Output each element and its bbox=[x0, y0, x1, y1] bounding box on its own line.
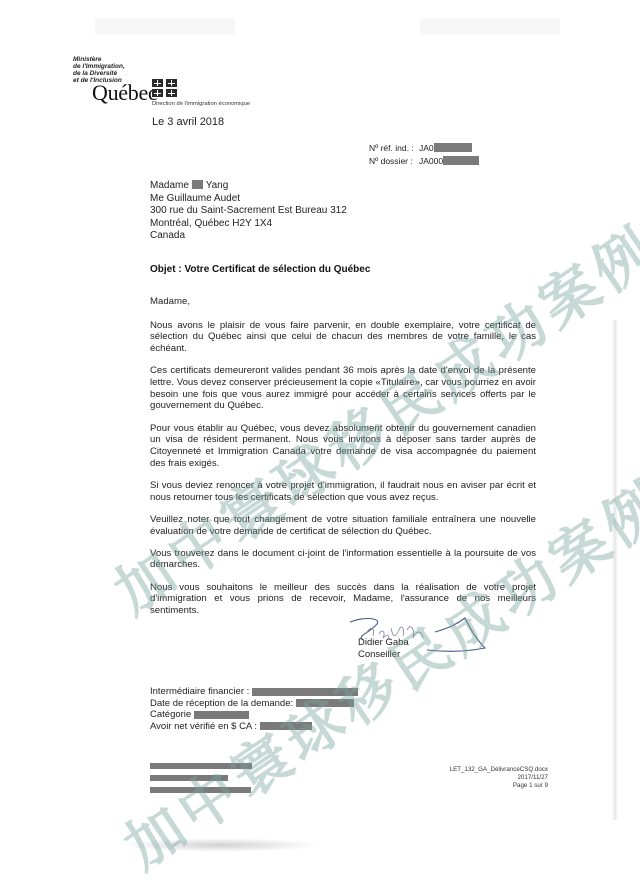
recipient-surname: Yang bbox=[206, 180, 229, 191]
ref-dossier-row: Nº dossier : JA000 bbox=[369, 154, 479, 167]
redaction-bar bbox=[296, 699, 354, 707]
ref-label: Nº dossier : bbox=[369, 156, 419, 166]
application-details: Intermédiaire financier : Date de récept… bbox=[150, 686, 358, 732]
doc-date: 2017/11/27 bbox=[450, 774, 548, 782]
scan-artifact bbox=[95, 18, 235, 34]
letter-subject: Objet : Votre Certificat de sélection du… bbox=[150, 264, 370, 275]
body-paragraph: Veuillez noter que tout changement de vo… bbox=[150, 514, 536, 537]
redaction-bar bbox=[150, 763, 252, 769]
detail-label: Avoir net vérifié en $ CA : bbox=[150, 721, 257, 733]
direction-name: Direction de l'immigration économique bbox=[152, 101, 250, 107]
letter-page: Ministère de l'Immigration, de la Divers… bbox=[0, 0, 640, 883]
ref-value-visible: JA0 bbox=[419, 143, 434, 153]
detail-row: Catégorie bbox=[150, 709, 358, 721]
signer-name: Didier Gaba bbox=[358, 637, 409, 649]
ref-label: Nº réf. ind. : bbox=[369, 143, 419, 153]
detail-row: Avoir net vérifié en $ CA : bbox=[150, 721, 358, 733]
detail-label: Intermédiaire financier : bbox=[150, 686, 249, 698]
recipient-prefix: Madame bbox=[150, 180, 189, 191]
page-number: Page 1 sur 9 bbox=[450, 782, 548, 790]
redaction-bar bbox=[434, 143, 472, 152]
body-paragraph: Vous trouverez dans le document ci-joint… bbox=[150, 548, 536, 571]
body-paragraph: Pour vous établir au Québec, vous devez … bbox=[150, 423, 536, 470]
redaction-bar bbox=[252, 688, 358, 696]
recipient-name: Madame Yang bbox=[150, 180, 347, 193]
page-bottom-shadow bbox=[120, 838, 320, 852]
ref-value: JA0 bbox=[419, 143, 472, 153]
redaction-bar bbox=[260, 722, 312, 730]
ref-value-visible: JA000 bbox=[419, 156, 443, 166]
redaction-bar bbox=[150, 775, 228, 781]
redaction-bar bbox=[443, 156, 479, 165]
address-line: Montréal, Québec H2Y 1X4 bbox=[150, 218, 347, 231]
redaction-bar bbox=[192, 180, 203, 189]
ministry-line: de la Diversité bbox=[73, 70, 125, 77]
detail-row: Date de réception de la demande: bbox=[150, 698, 358, 710]
redacted-cc-block bbox=[150, 763, 252, 799]
address-line: Canada bbox=[150, 230, 347, 243]
detail-label: Catégorie bbox=[150, 709, 191, 721]
document-reference: LET_132_GA_DélivranceCSQ.docx 2017/11/27… bbox=[450, 766, 548, 790]
address-line: Me Guillaume Audet bbox=[150, 193, 347, 206]
body-paragraph: Ces certificats demeureront valides pend… bbox=[150, 365, 536, 412]
recipient-address: Madame Yang Me Guillaume Audet 300 rue d… bbox=[150, 180, 347, 243]
reference-numbers: Nº réf. ind. : JA0 Nº dossier : JA000 bbox=[369, 141, 479, 167]
letter-date: Le 3 avril 2018 bbox=[152, 116, 224, 128]
detail-row: Intermédiaire financier : bbox=[150, 686, 358, 698]
doc-filename: LET_132_GA_DélivranceCSQ.docx bbox=[450, 766, 548, 774]
signer-title: Conseiller bbox=[358, 649, 409, 661]
ref-individual-row: Nº réf. ind. : JA0 bbox=[369, 141, 479, 154]
quebec-flag-icon bbox=[152, 79, 178, 99]
page-edge-shadow bbox=[612, 320, 618, 820]
body-paragraph: Nous avons le plaisir de vous faire parv… bbox=[150, 320, 536, 355]
signer-block: Didier Gaba Conseiller bbox=[358, 637, 409, 661]
quebec-logo-text: Québec bbox=[92, 80, 157, 106]
ministry-line: Ministère bbox=[73, 56, 125, 63]
body-paragraph: Si vous deviez renoncer à votre projet d… bbox=[150, 480, 536, 503]
address-line: 300 rue du Saint-Sacrement Est Bureau 31… bbox=[150, 205, 347, 218]
letter-body: Madame, Nous avons le plaisir de vous fa… bbox=[150, 296, 536, 627]
scan-artifact bbox=[420, 18, 560, 34]
salutation: Madame, bbox=[150, 296, 536, 308]
ministry-line: de l'Immigration, bbox=[73, 63, 125, 70]
redaction-bar bbox=[150, 787, 251, 793]
body-paragraph: Nous vous souhaitons le meilleur des suc… bbox=[150, 582, 536, 617]
detail-label: Date de réception de la demande: bbox=[150, 698, 293, 710]
redaction-bar bbox=[194, 711, 249, 719]
ref-value: JA000 bbox=[419, 156, 479, 166]
